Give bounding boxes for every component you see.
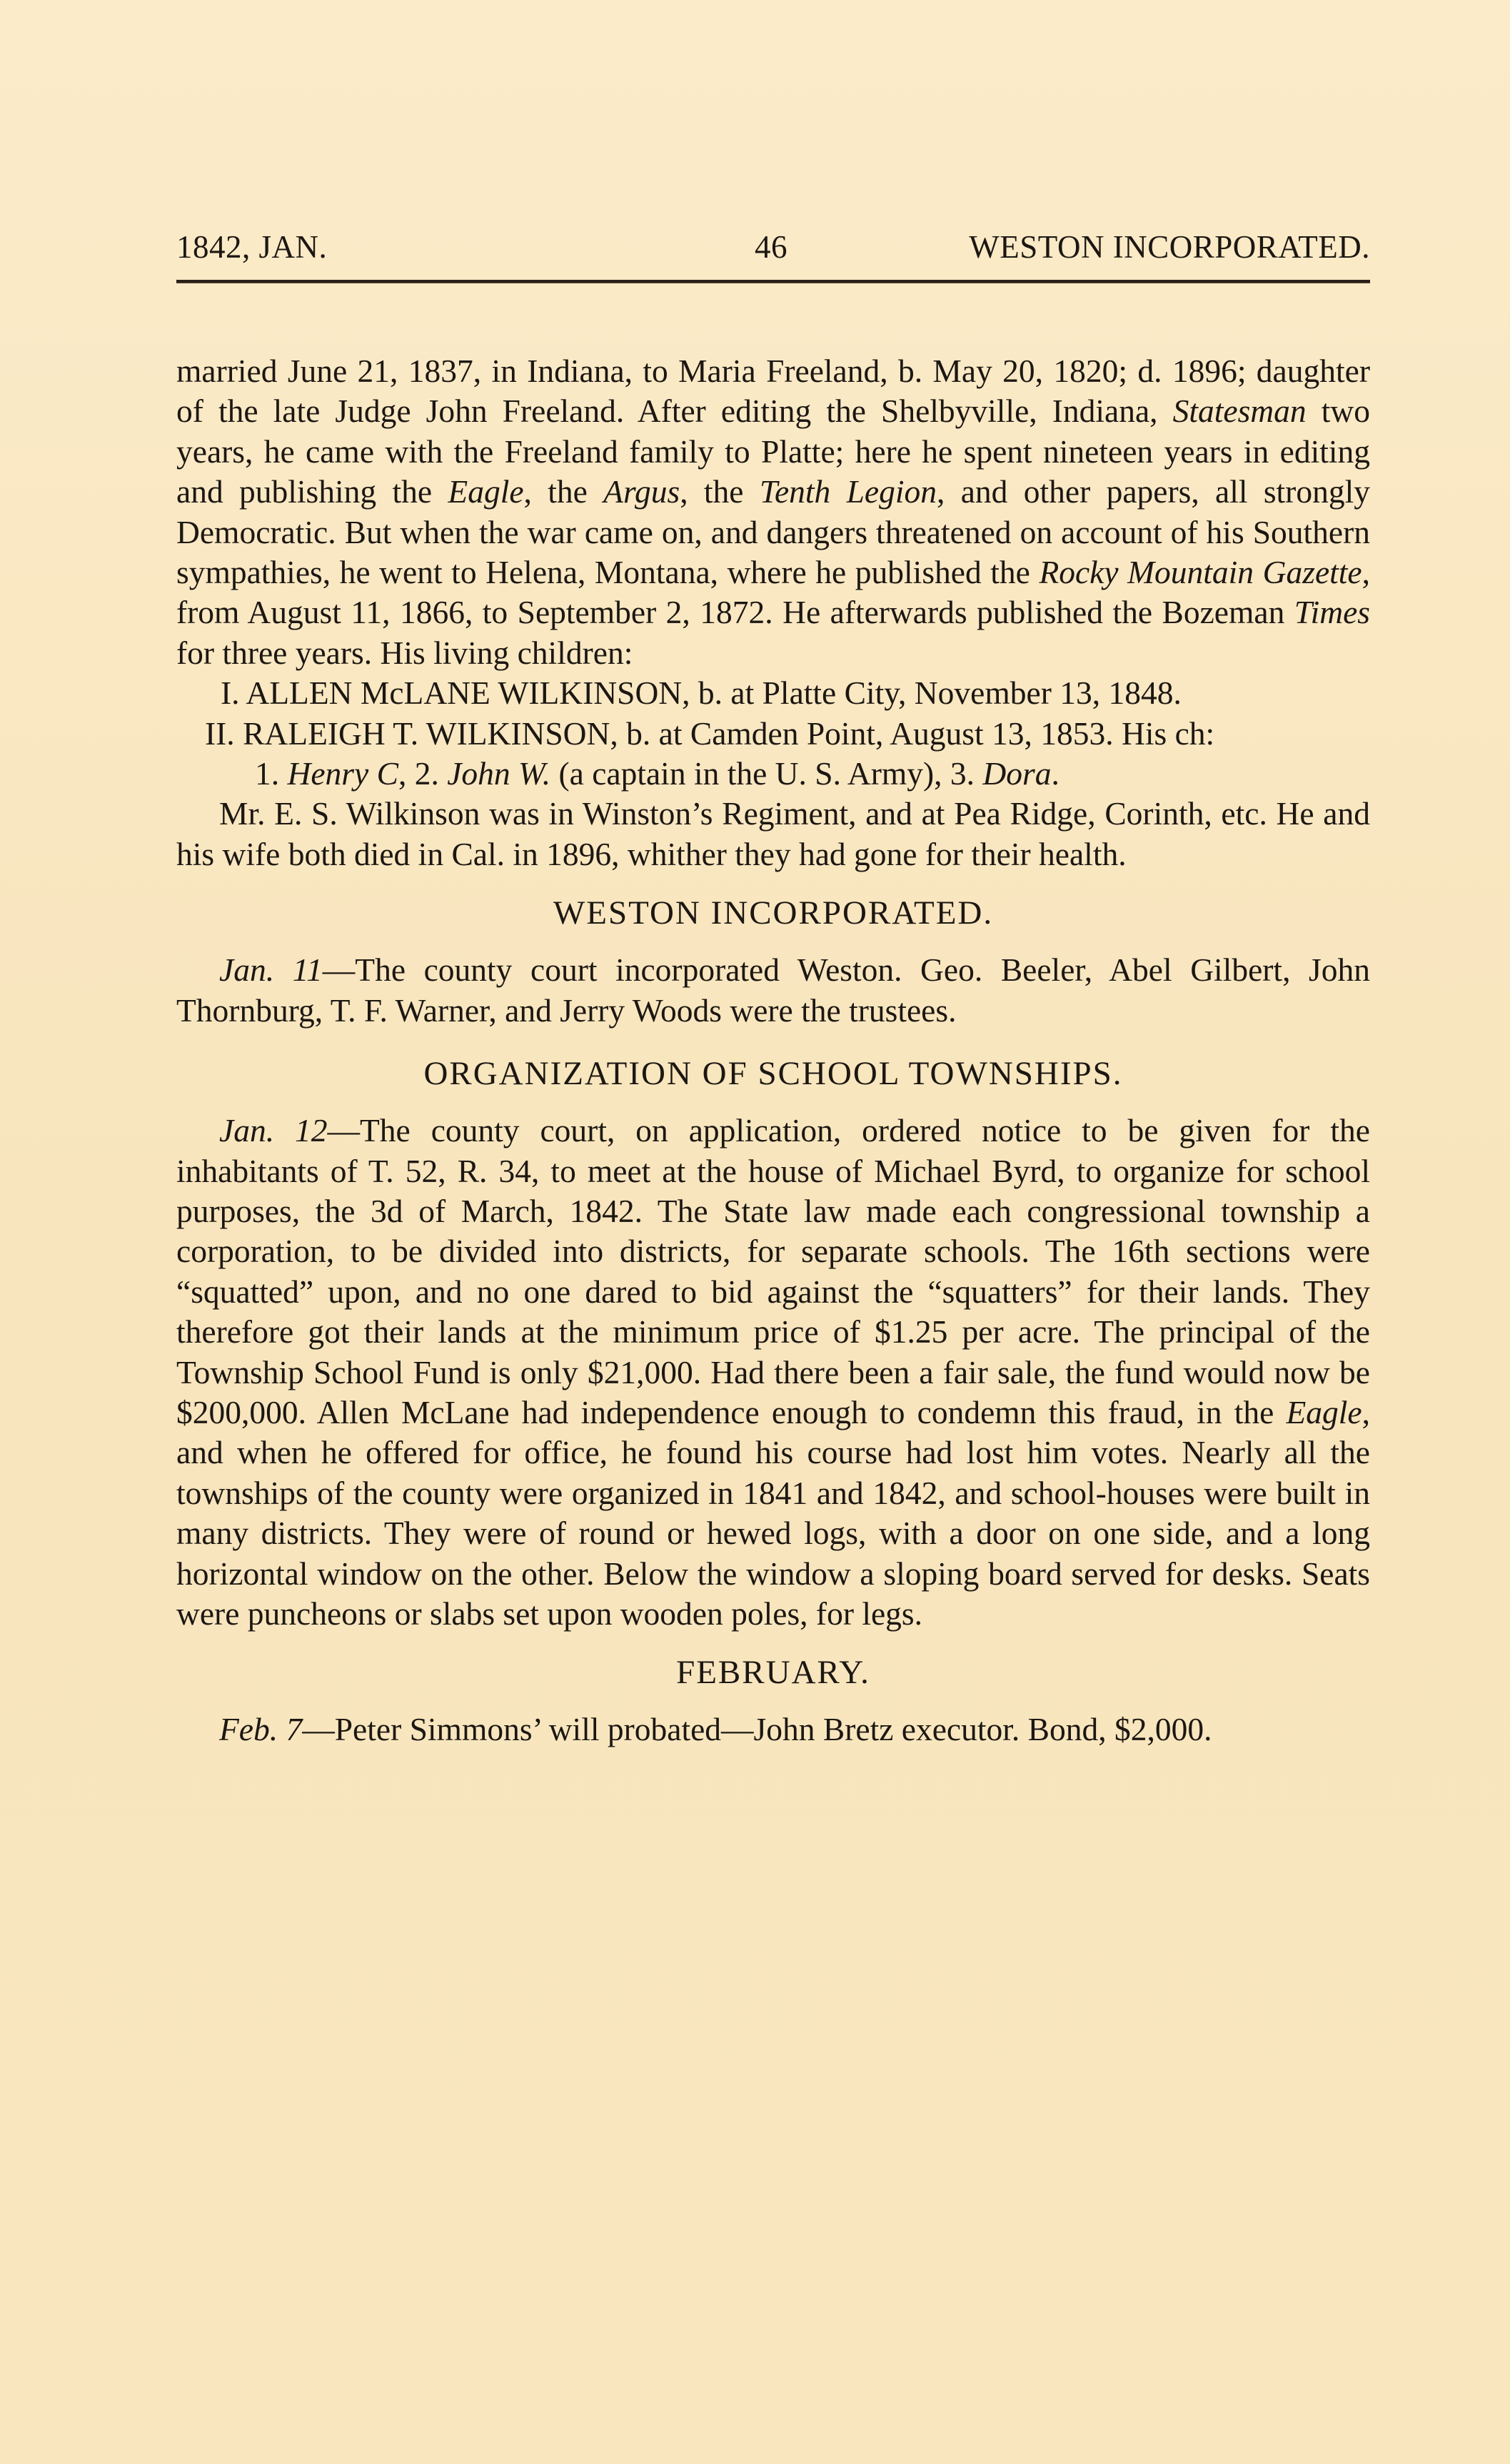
text-run: , the xyxy=(524,473,604,510)
newspaper-title: Statesman xyxy=(1173,393,1307,429)
newspaper-title: Times xyxy=(1294,594,1370,630)
entry-date: Jan. 11 xyxy=(219,951,323,988)
grandchild-name: Henry C xyxy=(288,755,398,792)
biography-paragraph: married June 21, 1837, in Indiana, to Ma… xyxy=(176,351,1370,673)
newspaper-title: Argus xyxy=(603,473,680,510)
school-townships-paragraph: Jan. 12—The county court, on application… xyxy=(176,1111,1370,1634)
newspaper-title: Rocky Mountain Gazette xyxy=(1039,554,1361,590)
grandchild-name: Dora xyxy=(982,755,1051,792)
entry-date: Feb. 7 xyxy=(219,1711,302,1747)
newspaper-title: Eagle xyxy=(448,473,523,510)
text-run: , the xyxy=(680,473,760,510)
february-paragraph: Feb. 7—Peter Simmons’ will probated—John… xyxy=(176,1710,1370,1749)
newspaper-title: Tenth Legion xyxy=(760,473,937,510)
newspaper-title: Eagle xyxy=(1286,1394,1361,1430)
text-run: . xyxy=(1051,755,1059,792)
entry-text: —The county court, on application, order… xyxy=(176,1112,1370,1430)
page-number: 46 xyxy=(755,228,787,266)
header-rule xyxy=(176,280,1370,283)
running-head: 1842, JAN. 46 WESTON INCORPORATED. xyxy=(176,228,1370,271)
entry-text: —Peter Simmons’ will probated—John Bretz… xyxy=(302,1711,1212,1747)
grandchild-name: John W. xyxy=(447,755,550,792)
text-run: , 2. xyxy=(398,755,447,792)
book-page: 1842, JAN. 46 WESTON INCORPORATED. marri… xyxy=(176,228,1370,1750)
section-heading-weston: WESTON INCORPORATED. xyxy=(176,892,1370,934)
child-text: RALEIGH T. WILKINSON, b. at Camden Point… xyxy=(243,715,1214,752)
page-body: married June 21, 1837, in Indiana, to Ma… xyxy=(176,351,1370,1750)
weston-paragraph: Jan. 11—The county court incorporated We… xyxy=(176,950,1370,1031)
child-text: ALLEN McLANE WILKINSON, b. at Platte Cit… xyxy=(246,675,1181,711)
running-head-date: 1842, JAN. xyxy=(176,228,327,266)
child-entry: I. ALLEN McLANE WILKINSON, b. at Platte … xyxy=(176,673,1370,713)
roman-numeral: II. xyxy=(205,715,235,752)
running-head-title: WESTON INCORPORATED. xyxy=(969,228,1370,266)
grandchildren-list: 1. Henry C, 2. John W. (a captain in the… xyxy=(176,754,1370,794)
text-run: 1. xyxy=(255,755,288,792)
closing-paragraph: Mr. E. S. Wilkinson was in Winston’s Reg… xyxy=(176,794,1370,874)
section-heading-february: FEBRUARY. xyxy=(176,1651,1370,1694)
section-heading-school-townships: ORGANIZATION OF SCHOOL TOWNSHIPS. xyxy=(176,1052,1370,1095)
roman-numeral: I. xyxy=(221,675,240,711)
entry-text: —The county court incorporated Weston. G… xyxy=(176,951,1370,1028)
text-run: for three years. His living children: xyxy=(176,635,633,671)
text-run: (a captain in the U. S. Army), 3. xyxy=(550,755,982,792)
child-entry: II. RALEIGH T. WILKINSON, b. at Camden P… xyxy=(176,714,1370,754)
entry-date: Jan. 12 xyxy=(219,1112,328,1148)
